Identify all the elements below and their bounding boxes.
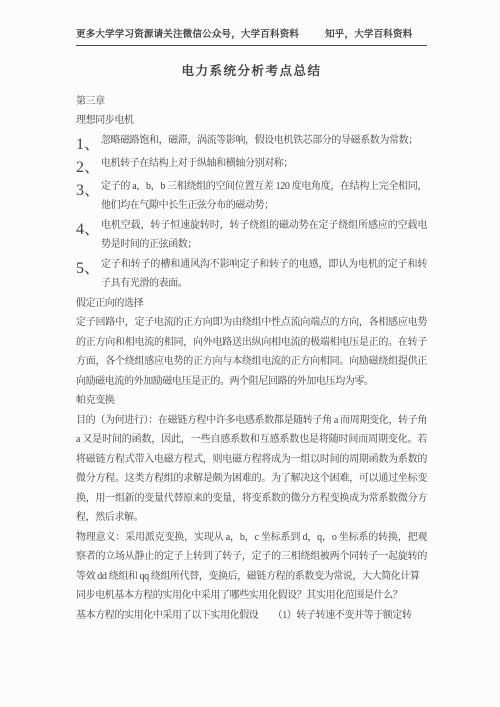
paragraph: 定子回路中，定子电流的正方向即为由绕组中性点流向端点的方向，各相感应电势的正方向… — [76, 313, 427, 391]
section-heading: 假定正向的选择 — [76, 294, 427, 314]
section-heading: 同步电机基本方程的实用化中采用了哪些实用化假设？其实用化范围是什么？ — [76, 586, 427, 606]
chapter-heading: 第三章 — [76, 92, 427, 112]
list-item: 2、 电机转子在结构上对于纵轴和横轴分别对称； — [76, 154, 427, 177]
list-item-number: 4、 — [76, 216, 101, 255]
document-page: 更多大学学习资源请关注微信公众号，大学百科资料 知乎，大学百科资料 电力系统分析… — [0, 0, 500, 707]
section-heading-ideal-machine: 理想同步电机 — [76, 111, 427, 131]
header-right-text: 知乎，大学百科资料 — [325, 26, 412, 40]
list-item: 1、 忽略磁路饱和，磁滞，涡流等影响，假设电机铁芯部分的导磁系数为常数； — [76, 131, 427, 154]
section-positive-direction: 假定正向的选择 定子回路中，定子电流的正方向即为由绕组中性点流向端点的方向，各相… — [76, 294, 427, 392]
list-item-number: 3、 — [76, 177, 101, 216]
assumption-list: 1、 忽略磁路饱和，磁滞，涡流等影响，假设电机铁芯部分的导磁系数为常数； 2、 … — [76, 131, 427, 294]
section-park-transform: 帕克变换 目的（为何进行）：在磁链方程中许多电感系数都是随转子角 a 而周期变化… — [76, 391, 427, 586]
document-title: 电力系统分析考点总结 — [76, 62, 427, 82]
list-item: 4、 电机空载，转子恒速旋转时，转子绕组的磁动势在定子绕组所感应的空载电势是时间… — [76, 216, 427, 255]
header-left-text: 更多大学学习资源请关注微信公众号，大学百科资料 — [76, 26, 299, 40]
page-header: 更多大学学习资源请关注微信公众号，大学百科资料 知乎，大学百科资料 — [76, 26, 427, 46]
list-item-text: 电机空载，转子恒速旋转时，转子绕组的磁动势在定子绕组所感应的空载电势是时间的正弦… — [101, 216, 427, 255]
paragraph: 目的（为何进行）：在磁链方程中许多电感系数都是随转子角 a 而周期变化，转子角 … — [76, 411, 427, 528]
list-item: 5、 定子和转子的槽和通风沟不影响定子和转子的电感，即认为电机的定子和转子具有光… — [76, 255, 427, 294]
list-item-text: 定子的 a，b，b 三相绕组的空间位置互差 120 度电角度，在结构上完全相同，… — [101, 177, 427, 216]
list-item-text: 忽略磁路饱和，磁滞，涡流等影响，假设电机铁芯部分的导磁系数为常数； — [101, 131, 427, 154]
page-content: 更多大学学习资源请关注微信公众号，大学百科资料 知乎，大学百科资料 电力系统分析… — [0, 0, 500, 625]
section-practical-assumptions: 同步电机基本方程的实用化中采用了哪些实用化假设？其实用化范围是什么？ 基本方程的… — [76, 586, 427, 625]
list-item: 3、 定子的 a，b，b 三相绕组的空间位置互差 120 度电角度，在结构上完全… — [76, 177, 427, 216]
section-heading: 帕克变换 — [76, 391, 427, 411]
paragraph: 基本方程的实用化中采用了以下实用化假设 （1）转子转速不变并等于额定转 — [76, 606, 427, 626]
list-item-text: 定子和转子的槽和通风沟不影响定子和转子的电感，即认为电机的定子和转子具有光滑的表… — [101, 255, 427, 294]
list-item-number: 1、 — [76, 131, 101, 154]
paragraph: 物理意义：采用派克变换，实现从 a，b，c 坐标系到 d，q，o 坐标系的转换，… — [76, 528, 427, 587]
list-item-number: 2、 — [76, 154, 101, 177]
list-item-number: 5、 — [76, 255, 101, 294]
list-item-text: 电机转子在结构上对于纵轴和横轴分别对称； — [101, 154, 427, 177]
